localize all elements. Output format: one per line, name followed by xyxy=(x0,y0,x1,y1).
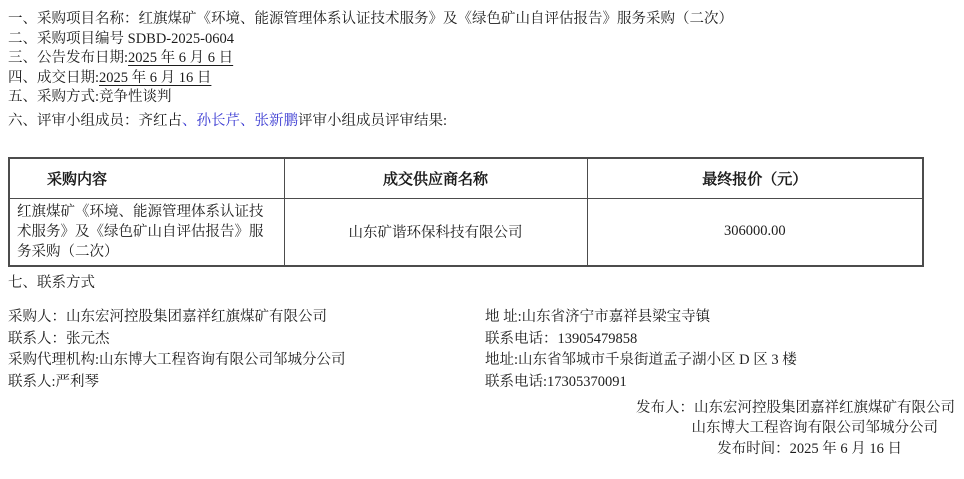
review-team-prefix: 六、评审小组成员：齐红占 xyxy=(8,113,182,129)
header-winning-supplier: 成交供应商名称 xyxy=(284,158,587,198)
cell-final-price: 306000.00 xyxy=(587,198,923,266)
cell-winning-supplier: 山东矿谐环保科技有限公司 xyxy=(284,198,587,266)
agency-contact-line: 联系人:严利琴 xyxy=(8,372,346,394)
review-team-suffix: 评审小组成员评审结果: xyxy=(298,113,447,129)
announce-date-line: 三、公告发布日期:2025 年 6 月 6 日 xyxy=(8,49,956,69)
table-row: 红旗煤矿《环境、能源管理体系认证技术服务》及《绿色矿山自评估报告》服务采购（二次… xyxy=(9,198,923,266)
award-result-table: 采购内容 成交供应商名称 最终报价（元） 红旗煤矿《环境、能源管理体系认证技术服… xyxy=(8,157,924,267)
cell-procurement-content: 红旗煤矿《环境、能源管理体系认证技术服务》及《绿色矿山自评估报告》服务采购（二次… xyxy=(9,198,284,266)
publisher-block: 发布人：山东宏河控股集团嘉祥红旗煤矿有限公司 山东博大工程咨询有限公司邹城分公司… xyxy=(636,398,955,459)
deal-date-value: 2025 年 6 月 16 日 xyxy=(99,70,211,86)
contact-section-heading: 七、联系方式 xyxy=(8,276,95,291)
purchaser-address-line: 地 址:山东省济宁市嘉祥县梁宝寺镇 xyxy=(485,307,797,329)
reviewer-names-link[interactable]: 、孙长芹、张新鹏 xyxy=(182,113,298,129)
deal-date-line: 四、成交日期:2025 年 6 月 16 日 xyxy=(8,69,956,89)
publish-time-line: 发布时间：2025 年 6 月 16 日 xyxy=(636,439,955,459)
agency-phone-line: 联系电话:17305370091 xyxy=(485,372,797,394)
purchaser-contact-line: 联系人：张元杰 xyxy=(8,329,346,351)
header-final-price: 最终报价（元） xyxy=(587,158,923,198)
info-lines: 一、采购项目名称：红旗煤矿《环境、能源管理体系认证技术服务》及《绿色矿山自评估报… xyxy=(8,10,956,132)
contact-left-column: 采购人：山东宏河控股集团嘉祥红旗煤矿有限公司 联系人：张元杰 采购代理机构:山东… xyxy=(8,307,346,394)
header-procurement-content: 采购内容 xyxy=(9,158,284,198)
procurement-method-line: 五、采购方式:竞争性谈判 xyxy=(8,88,956,108)
review-team-line: 六、评审小组成员：齐红占、孙长芹、张新鹏评审小组成员评审结果: xyxy=(8,112,956,132)
agency-line: 采购代理机构:山东博大工程咨询有限公司邹城分公司 xyxy=(8,350,346,372)
purchaser-line: 采购人：山东宏河控股集团嘉祥红旗煤矿有限公司 xyxy=(8,307,346,329)
procurement-announcement-document: 一、采购项目名称：红旗煤矿《环境、能源管理体系认证技术服务》及《绿色矿山自评估报… xyxy=(0,0,964,479)
project-name-line: 一、采购项目名称：红旗煤矿《环境、能源管理体系认证技术服务》及《绿色矿山自评估报… xyxy=(8,10,956,30)
deal-date-label: 四、成交日期: xyxy=(8,70,99,86)
announce-date-label: 三、公告发布日期: xyxy=(8,50,128,66)
publisher-line-2: 山东博大工程咨询有限公司邹城分公司 xyxy=(636,418,955,438)
announce-date-value: 2025 年 6 月 6 日 xyxy=(128,50,233,66)
purchaser-phone-line: 联系电话：13905479858 xyxy=(485,329,797,351)
contact-right-column: 地 址:山东省济宁市嘉祥县梁宝寺镇 联系电话：13905479858 地址:山东… xyxy=(485,307,797,394)
project-number-line: 二、采购项目编号 SDBD-2025-0604 xyxy=(8,30,956,50)
table-header-row: 采购内容 成交供应商名称 最终报价（元） xyxy=(9,158,923,198)
publisher-line-1: 发布人：山东宏河控股集团嘉祥红旗煤矿有限公司 xyxy=(636,398,955,418)
agency-address-line: 地址:山东省邹城市千泉街道孟子湖小区 D 区 3 楼 xyxy=(485,350,797,372)
